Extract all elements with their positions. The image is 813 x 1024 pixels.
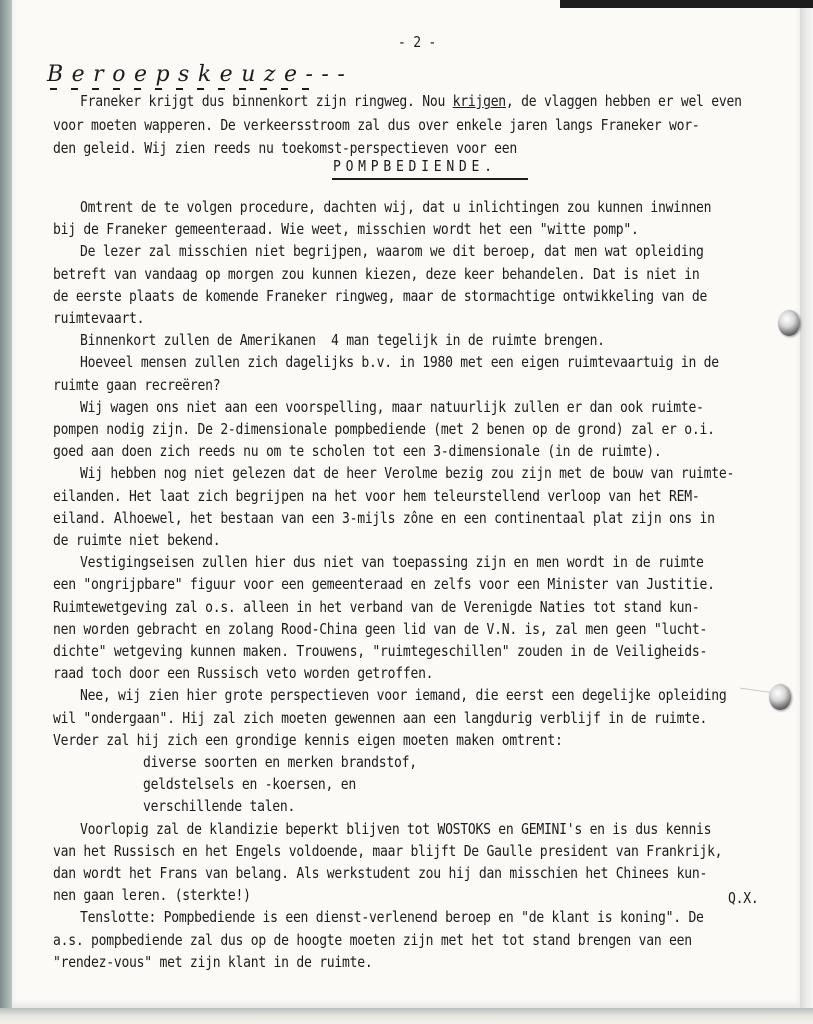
binder-ring-icon bbox=[778, 310, 800, 336]
text-line: Binnenkort zullen de Amerikanen 4 man te… bbox=[80, 331, 605, 349]
text-line: Verder zal hij zich een grondige kennis … bbox=[53, 731, 563, 749]
text-line: raad toch door een Russisch veto worden … bbox=[53, 664, 433, 682]
text-line: pompen nodig zijn. De 2-dimensionale pom… bbox=[53, 420, 715, 438]
text-line: a.s. pompbediende zal dus op de hoogte m… bbox=[53, 931, 692, 949]
text-line: "rendez-vous" met zijn klant in de ruimt… bbox=[53, 953, 372, 971]
text-line: Wij hebben nog niet gelezen dat de heer … bbox=[80, 464, 734, 482]
emphasized-word: krijgen bbox=[453, 92, 506, 110]
text-line: nen gaan leren. (sterkte!) bbox=[53, 886, 251, 904]
text-line: Tenslotte: Pompbediende is een dienst-ve… bbox=[80, 908, 704, 926]
scan-edge-strip bbox=[560, 0, 813, 8]
page-number: - 2 - bbox=[398, 33, 436, 51]
page-bottom-edge bbox=[0, 1008, 813, 1024]
text-line: Franeker krijgt dus binnenkort zijn ring… bbox=[80, 92, 742, 110]
text-line: ruimtevaart. bbox=[53, 309, 144, 327]
text-line: ruimte gaan recreëren? bbox=[53, 376, 220, 394]
text-line: een "ongrijpbare" figuur voor een gemeen… bbox=[53, 575, 715, 593]
text-line: Omtrent de te volgen procedure, dachten … bbox=[80, 198, 711, 216]
text-line: voor moeten wapperen. De verkeersstroom … bbox=[53, 116, 699, 134]
page-edge-shadow bbox=[800, 0, 813, 1024]
text-line: dan wordt het Frans van belang. Als werk… bbox=[53, 864, 707, 882]
binder-ring-icon bbox=[769, 684, 791, 710]
text-line: de eerste plaats de komende Franeker rin… bbox=[53, 287, 707, 305]
subheading: POMPBEDIENDE. bbox=[333, 157, 497, 175]
text-line: eilanden. Het laat zich begrijpen na het… bbox=[53, 487, 699, 505]
text-line: de ruimte niet bekend. bbox=[53, 531, 220, 549]
text-line: Nee, wij zien hier grote perspectieven v… bbox=[80, 686, 726, 704]
list-item: geldstelsels en -koersen, en bbox=[143, 775, 356, 793]
text-line: Voorlopig zal de klandizie beperkt blijv… bbox=[80, 820, 711, 838]
text-line: Vestigingseisen zullen hier dus niet van… bbox=[80, 553, 704, 571]
text-line: Wij wagen ons niet aan een voorspelling,… bbox=[80, 398, 704, 416]
article-heading: Beroepskeuze--- bbox=[47, 62, 353, 87]
subheading-underline bbox=[332, 178, 528, 180]
text-line: Ruimtewetgeving zal o.s. alleen in het v… bbox=[53, 598, 699, 616]
text-line: De lezer zal misschien niet begrijpen, w… bbox=[80, 242, 704, 260]
list-item: diverse soorten en merken brandstof, bbox=[143, 753, 417, 771]
text-line: van het Russisch en het Engels voldoende… bbox=[53, 842, 722, 860]
text-line: wil "ondergaan". Hij zal zich moeten gew… bbox=[53, 709, 707, 727]
list-item: verschillende talen. bbox=[143, 797, 295, 815]
text-line: nen worden gebracht en zolang Rood-China… bbox=[53, 620, 707, 638]
text-line: betreft van vandaag op morgen zou kunnen… bbox=[53, 265, 699, 283]
text-line: dichte" wetgeving kunnen maken. Trouwens… bbox=[53, 642, 707, 660]
text-line: Hoeveel mensen zullen zich dagelijks b.v… bbox=[80, 353, 719, 371]
signature: Q.X. bbox=[728, 889, 758, 907]
heading-underline bbox=[50, 88, 310, 90]
text-line: eiland. Alhoewel, het bestaan van een 3-… bbox=[53, 509, 715, 527]
text-line: bij de Franeker gemeenteraad. Wie weet, … bbox=[53, 220, 639, 238]
text-line: goed aan doen zich reeds nu om te schole… bbox=[53, 442, 661, 460]
text-line: den geleid. Wij zien reeds nu toekomst-p… bbox=[53, 139, 517, 157]
